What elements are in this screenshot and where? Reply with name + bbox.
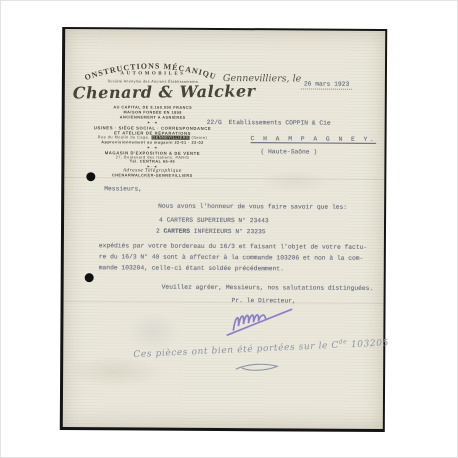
ornament-divider: ►·◄ (83, 120, 223, 125)
usines-phone: Approvisionnement au magasin 22-01 · 22-… (83, 140, 223, 145)
note-text: Ces pièces ont bien été portées sur le C (133, 341, 339, 361)
letter-paper: CONSTRUCTIONS MÉCANIQUES AUTOMOBILES Soc… (63, 29, 385, 429)
dept: (Seine) (192, 136, 208, 140)
street: Rue du Moulin de Cage, (98, 135, 150, 139)
item2-qty: 2 (156, 228, 164, 235)
salutation: Messieurs, (104, 185, 142, 192)
body-opening: Nous avons l'honneur de vous faire savoi… (158, 203, 347, 211)
magasin-line3: Tél. CENTRAL 65-45 (82, 159, 222, 164)
dateline-place: Gennevilliers, le (223, 73, 301, 84)
item2-rest: INFERIEURS N° 23235 (190, 228, 266, 235)
note-number: 103205 (347, 338, 389, 350)
recipient-town: C H A M P A G N E Y. (251, 135, 377, 143)
reference-code: 22/G (207, 119, 222, 126)
punch-hole (85, 273, 94, 282)
dateline-date: 26 mars 1923 (301, 80, 352, 89)
letterhead-arc-title: CONSTRUCTIONS MÉCANIQUES (83, 55, 223, 82)
body-para-line1: expédiés par votre bordereau du 16/3 et … (99, 242, 367, 251)
body-item2: 2 CARTERS INFERIEURS N° 23235 (156, 228, 266, 236)
recipient-name: Etablissements COPPIN & Cie (229, 119, 331, 127)
letterhead-anciennement: ANCIENNEMENT A ASNIÈRES (83, 115, 223, 120)
screenshot: CONSTRUCTIONS MÉCANIQUES AUTOMOBILES Soc… (0, 0, 458, 458)
item2-word: CARTERS (164, 228, 190, 235)
arc-title-text: CONSTRUCTIONS MÉCANIQUES (83, 55, 218, 82)
body-para-line2: re du 16/3 N° 40 sont à affecter à la co… (99, 253, 364, 262)
signature-ink (221, 302, 299, 338)
fold-line (64, 177, 384, 180)
handwritten-flourish (233, 360, 281, 374)
body-item1: 4 CARTERS SUPERIEURS N° 23443 (159, 217, 269, 225)
scanned-letter: CONSTRUCTIONS MÉCANIQUES AUTOMOBILES Soc… (60, 27, 387, 432)
body-para-line3: mande 103204, celle-ci étant soldée préc… (99, 264, 284, 272)
body-closing: Veuillez agréer, Messieurs, nos salutati… (162, 284, 374, 292)
company-name: Chenard & Walcker (73, 82, 233, 103)
letterhead-capital: AU CAPITAL DE 8.160.000 FRANCS (83, 105, 223, 110)
letterhead-automobiles: AUTOMOBILES (83, 71, 223, 77)
usines-address: Rue du Moulin de Cage, GENNEVILLIERS (Se… (83, 135, 223, 140)
recipient-dept: ( Haute-Saône ) (260, 148, 317, 155)
handwritten-note: Ces pièces ont bien été portées sur le C… (133, 336, 389, 360)
telegraph-line2: CHENARWALCKER-GENNEVILLIERS (82, 173, 222, 178)
letterhead-fondee: MAISON FONDÉE EN 1898 (83, 110, 223, 115)
svg-text:CONSTRUCTIONS MÉCANIQUES: CONSTRUCTIONS MÉCANIQUES (83, 55, 218, 82)
town-badge: GENNEVILLIERS (151, 136, 190, 140)
ornament-divider: ►·◄ (82, 145, 222, 150)
